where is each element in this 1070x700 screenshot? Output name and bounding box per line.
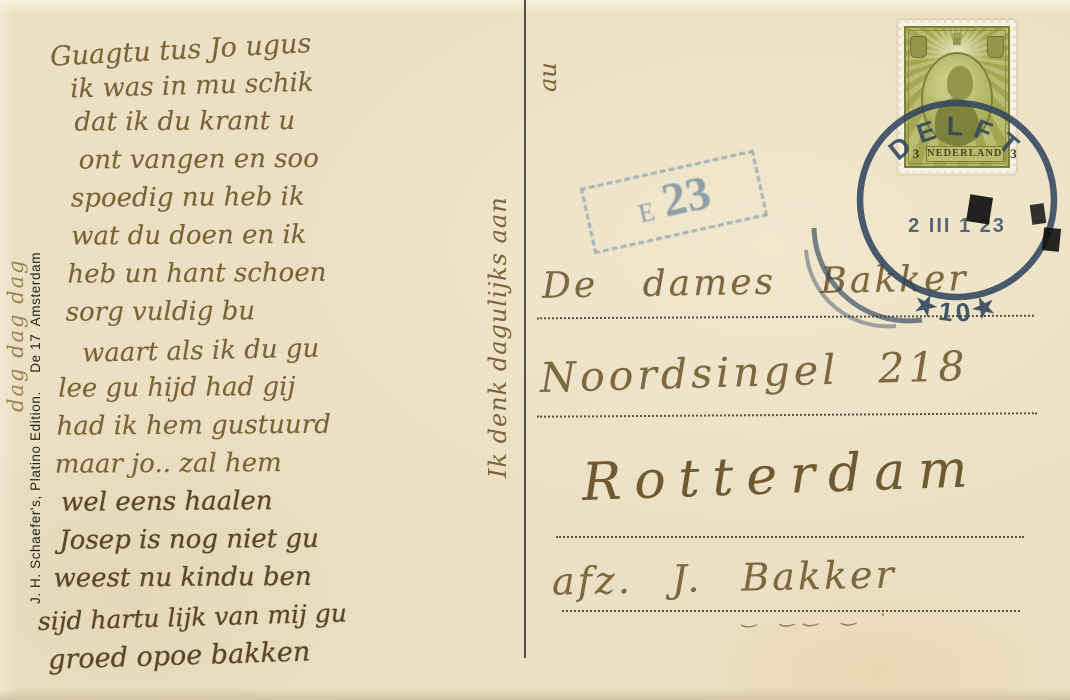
postmark-number: ★10★ xyxy=(909,286,1005,327)
ink-blot xyxy=(966,194,1061,252)
transit-box-mark: E 23 xyxy=(580,150,768,255)
address-street: Noordsingel 218 xyxy=(539,342,969,402)
message-line: wel eens haalen xyxy=(61,480,539,521)
pen-squiggles: ‿ ‿‿ ‿ · xyxy=(742,605,895,629)
message-line: maar jo.. zal hem xyxy=(55,442,539,483)
vertical-note-2: au xyxy=(534,12,562,92)
message-line: sorg vuldig bu xyxy=(66,290,538,331)
message-line: had ik hem gustuurd xyxy=(56,404,538,445)
address-city: Rotterdam xyxy=(581,439,981,513)
message-line: lee gu hijd had gij xyxy=(58,366,538,407)
transit-mark-number: 23 xyxy=(656,164,715,231)
vertical-note: Ik denk dagulijks aan xyxy=(484,16,512,478)
postmark-cancellation: DELFT 2 III 1 23 ★10★ xyxy=(800,80,1070,330)
message-line: Josep is nog niet gu xyxy=(59,518,539,559)
postmark-date: 2 III 1 23 xyxy=(908,215,1006,237)
message-line: waart als ik du gu xyxy=(82,325,539,373)
message-line: heb un hant schoen xyxy=(67,252,537,293)
message-line: wat du doen en ik xyxy=(71,214,537,255)
crown-icon: ♛ xyxy=(949,30,964,50)
svg-text:★10★: ★10★ xyxy=(909,286,1005,327)
message-block: Guagtu tus Jo ugus ik was in mu schik da… xyxy=(46,24,540,673)
address-dotted-line xyxy=(537,412,1037,417)
message-line: spoedig nu heb ik xyxy=(71,176,537,217)
transit-mark-prefix: E xyxy=(636,197,658,230)
message-line: dat ik du krant u xyxy=(74,100,536,141)
divider-line xyxy=(524,0,526,658)
shield-icon xyxy=(910,36,927,58)
postcard-back: J. H. Schaefer's, Platino Edition. De 17… xyxy=(0,0,1070,700)
edge-scribble: dag dag dag xyxy=(4,112,28,412)
shield-icon xyxy=(987,36,1004,58)
address-dotted-line xyxy=(556,536,1024,538)
address-sender: afz. J. Bakker xyxy=(552,552,897,603)
publisher-imprint: J. H. Schaefer's, Platino Edition. De 17… xyxy=(28,94,43,604)
message-line: ont vangen en soo xyxy=(79,138,537,179)
